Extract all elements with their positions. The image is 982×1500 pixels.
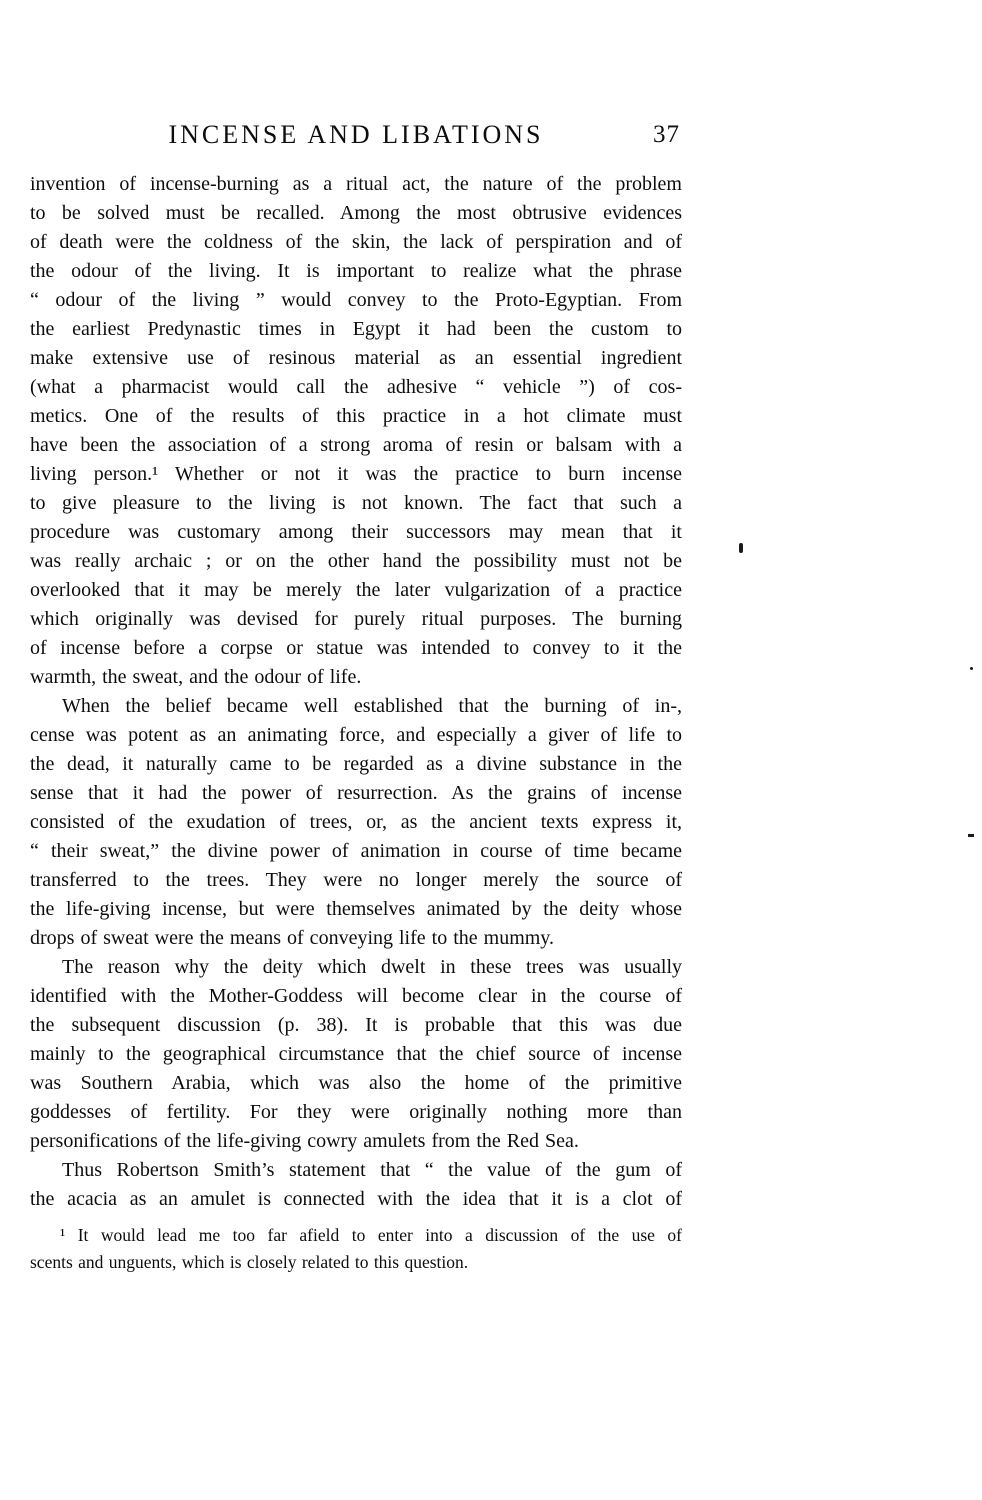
- body-line: to give pleasure to the living is not kn…: [30, 489, 682, 518]
- scanned-book-page: INCENSE AND LIBATIONS 37 invention of in…: [0, 0, 982, 1500]
- body-line: warmth, the sweat, and the odour of life…: [30, 663, 682, 692]
- body-line: the subsequent discussion (p. 38). It is…: [30, 1011, 682, 1040]
- body-line: the acacia as an amulet is connected wit…: [30, 1185, 682, 1214]
- body-line: consisted of the exudation of trees, or,…: [30, 808, 682, 837]
- body-line: to be solved must be recalled. Among the…: [30, 199, 682, 228]
- body-line: The reason why the deity which dwelt in …: [30, 953, 682, 982]
- body-line: of death were the coldness of the skin, …: [30, 228, 682, 257]
- body-line: identified with the Mother-Goddess will …: [30, 982, 682, 1011]
- body-line: of incense before a corpse or statue was…: [30, 634, 682, 663]
- body-line: sense that it had the power of resurrect…: [30, 779, 682, 808]
- scan-speck: [739, 543, 743, 553]
- body-line: drops of sweat were the means of conveyi…: [30, 924, 682, 953]
- body-line: (what a pharmacist would call the adhesi…: [30, 373, 682, 402]
- page-body: invention of incense-burning as a ritual…: [30, 170, 682, 1214]
- body-line: procedure was customary among their succ…: [30, 518, 682, 547]
- body-line: have been the association of a strong ar…: [30, 431, 682, 460]
- body-line: living person.¹ Whether or not it was th…: [30, 460, 682, 489]
- scan-speck: [970, 667, 973, 670]
- body-line: overlooked that it may be merely the lat…: [30, 576, 682, 605]
- body-line: was Southern Arabia, which was also the …: [30, 1069, 682, 1098]
- footnote-line: ¹ It would lead me too far afield to ent…: [30, 1222, 682, 1249]
- body-line: Thus Robertson Smith’s statement that “ …: [30, 1156, 682, 1185]
- body-line: was really archaic ; or on the other han…: [30, 547, 682, 576]
- body-line: the earliest Predynastic times in Egypt …: [30, 315, 682, 344]
- body-line: transferred to the trees. They were no l…: [30, 866, 682, 895]
- body-line: metics. One of the results of this pract…: [30, 402, 682, 431]
- body-line: the dead, it naturally came to be regard…: [30, 750, 682, 779]
- body-line: When the belief became well established …: [30, 692, 682, 721]
- body-line: the life-giving incense, but were themse…: [30, 895, 682, 924]
- body-line: make extensive use of resinous material …: [30, 344, 682, 373]
- page-title: INCENSE AND LIBATIONS: [30, 118, 682, 152]
- footnote-line: scents and unguents, which is closely re…: [30, 1249, 682, 1276]
- body-line: which originally was devised for purely …: [30, 605, 682, 634]
- body-line: “ odour of the living ” would convey to …: [30, 286, 682, 315]
- scan-speck: [968, 834, 974, 837]
- body-line: “ their sweat,” the divine power of anim…: [30, 837, 682, 866]
- body-line: goddesses of fertility. For they were or…: [30, 1098, 682, 1127]
- body-line: mainly to the geographical circumstance …: [30, 1040, 682, 1069]
- page-number: 37: [653, 118, 680, 152]
- page-header: INCENSE AND LIBATIONS 37: [30, 118, 682, 152]
- body-line: the odour of the living. It is important…: [30, 257, 682, 286]
- footnote: ¹ It would lead me too far afield to ent…: [30, 1222, 682, 1276]
- body-line: personifications of the life-giving cowr…: [30, 1127, 682, 1156]
- body-line: invention of incense-burning as a ritual…: [30, 170, 682, 199]
- body-line: cense was potent as an animating force, …: [30, 721, 682, 750]
